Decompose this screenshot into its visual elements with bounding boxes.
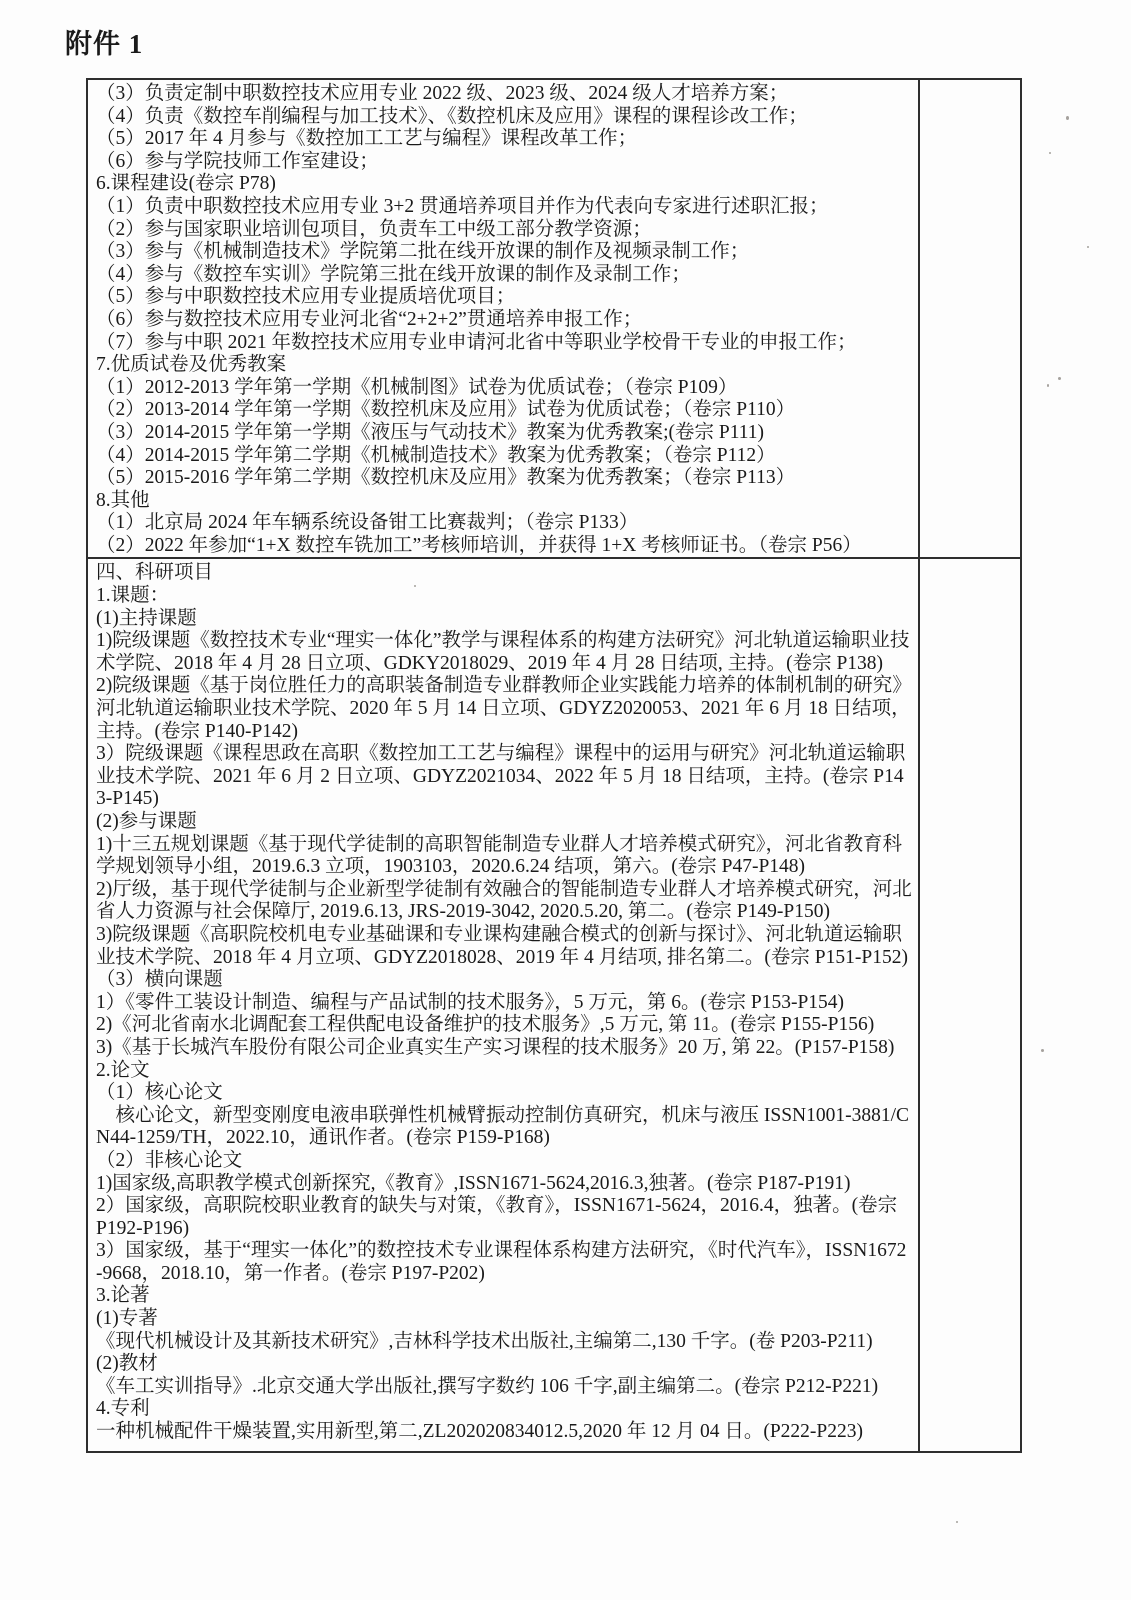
paragraph: (1)专著 <box>96 1308 912 1331</box>
paragraph: （3）横向课题 <box>96 969 912 992</box>
table-row-teaching: （3）负责定制中职数控技术应用专业 2022 级、2023 级、2024 级人才… <box>87 79 1021 558</box>
paragraph: 一种机械配件干燥装置,实用新型,第二,ZL202020834012.5,2020… <box>96 1421 912 1444</box>
paragraph: （1）北京局 2024 年车辆系统设备钳工比赛裁判；（卷宗 P133） <box>96 512 912 535</box>
paragraph: 1)十三五规划课题《基于现代学徒制的高职智能制造专业群人才培养模式研究》，河北省… <box>96 834 912 879</box>
paragraph: 1）《零件工装设计制造、编程与产品试制的技术服务》，5 万元，第 6。(卷宗 P… <box>96 992 912 1015</box>
paragraph: 7.优质试卷及优秀教案 <box>96 354 912 377</box>
paragraph: 3)《基于长城汽车股份有限公司企业真实生产实习课程的技术服务》20 万, 第 2… <box>96 1037 912 1060</box>
paragraph: 6.课程建设(卷宗 P78) <box>96 173 912 196</box>
paragraph: 1.课题： <box>96 585 912 608</box>
scan-speck <box>1041 1049 1044 1052</box>
paragraph: （1）核心论文 <box>96 1082 912 1105</box>
paragraph: （2）2013-2014 学年第一学期《数控机床及应用》试卷为优质试卷；（卷宗 … <box>96 399 912 422</box>
paragraph: （5）参与中职数控技术应用专业提质培优项目； <box>96 286 912 309</box>
paragraph: （3）参与《机械制造技术》学院第二批在线开放课的制作及视频录制工作； <box>96 241 912 264</box>
scanned-document-page: { "page": { "attachment_label": "附件 1" }… <box>0 0 1131 1600</box>
paragraph: （1）2012-2013 学年第一学期《机械制图》试卷为优质试卷；（卷宗 P10… <box>96 377 912 400</box>
paragraph: 四、科研项目 <box>96 562 912 585</box>
paragraph: (2)参与课题 <box>96 811 912 834</box>
paragraph: （6）参与数控技术应用专业河北省“2+2+2”贯通培养申报工作； <box>96 309 912 332</box>
paragraph: (1)主持课题 <box>96 608 912 631</box>
paragraph: 核心论文，新型变刚度电液串联弹性机械臂振动控制仿真研究，机床与液压 ISSN10… <box>96 1105 912 1150</box>
paragraph: 2.论文 <box>96 1060 912 1083</box>
scan-speck <box>1049 152 1051 154</box>
paragraph: (2)教材 <box>96 1353 912 1376</box>
scan-speck <box>1066 116 1069 120</box>
research-remark-cell <box>919 558 1021 1452</box>
paragraph: 1)院级课题《数控技术专业“理实一体化”教学与课程体系的构建方法研究》河北轨道运… <box>96 630 912 675</box>
scan-speck <box>1087 246 1089 248</box>
paragraph: （2）非核心论文 <box>96 1150 912 1173</box>
paragraph: （3）2014-2015 学年第一学期《液压与气动技术》教案为优秀教案;(卷宗 … <box>96 422 912 445</box>
paragraph: 1)国家级,高职教学模式创新探究,《教育》,ISSN1671-5624,2016… <box>96 1173 912 1196</box>
scan-speck <box>956 1521 958 1523</box>
paragraph: 3)院级课题《高职院校机电专业基础课和专业课构建融合模式的创新与探讨》、河北轨道… <box>96 924 912 969</box>
paragraph: （3）负责定制中职数控技术应用专业 2022 级、2023 级、2024 级人才… <box>96 83 912 106</box>
paragraph: 2)《河北省南水北调配套工程供配电设备维护的技术服务》,5 万元, 第 11。(… <box>96 1014 912 1037</box>
paragraph: （1）负责中职数控技术应用专业 3+2 贯通培养项目并作为代表向专家进行述职汇报… <box>96 196 912 219</box>
paragraph: 2）国家级，高职院校职业教育的缺失与对策，《教育》，ISSN1671-5624，… <box>96 1195 912 1240</box>
paragraph: 《现代机械设计及其新技术研究》,吉林科学技术出版社,主编第二,130 千字。(卷… <box>96 1331 912 1354</box>
scan-speck <box>414 585 416 587</box>
teaching-content-cell: （3）负责定制中职数控技术应用专业 2022 级、2023 级、2024 级人才… <box>87 79 919 558</box>
paragraph: 《车工实训指导》.北京交通大学出版社,撰写字数约 106 千字,副主编第二。(卷… <box>96 1376 912 1399</box>
paragraph: 2)院级课题《基于岗位胜任力的高职装备制造专业群教师企业实践能力培养的体制机制的… <box>96 675 912 743</box>
paragraph: 3）院级课题《课程思政在高职《数控加工工艺与编程》课程中的运用与研究》河北轨道运… <box>96 743 912 811</box>
paragraph: （2）参与国家职业培训包项目，负责车工中级工部分教学资源； <box>96 219 912 242</box>
table-row-research: 四、科研项目1.课题：(1)主持课题1)院级课题《数控技术专业“理实一体化”教学… <box>87 558 1021 1452</box>
paragraph: 8.其他 <box>96 490 912 513</box>
paragraph: （6）参与学院技师工作室建设； <box>96 151 912 174</box>
paragraph: （5）2015-2016 学年第二学期《数控机床及应用》教案为优秀教案；（卷宗 … <box>96 467 912 490</box>
scan-speck <box>1047 384 1049 387</box>
document-table: （3）负责定制中职数控技术应用专业 2022 级、2023 级、2024 级人才… <box>86 78 1022 1453</box>
paragraph: （2）2022 年参加“1+X 数控车铣加工”考核师培训，并获得 1+X 考核师… <box>96 535 912 558</box>
teaching-remark-cell <box>919 79 1021 558</box>
paragraph: 2)厅级，基于现代学徒制与企业新型学徒制有效融合的智能制造专业群人才培养模式研究… <box>96 879 912 924</box>
paragraph: 4.专利 <box>96 1398 912 1421</box>
paragraph: （4）参与《数控车实训》学院第三批在线开放课的制作及录制工作； <box>96 264 912 287</box>
paragraph: （4）2014-2015 学年第二学期《机械制造技术》教案为优秀教案；（卷宗 P… <box>96 445 912 468</box>
attachment-label: 附件 1 <box>65 22 143 61</box>
paragraph: （7）参与中职 2021 年数控技术应用专业申请河北省中等职业学校骨干专业的申报… <box>96 332 912 355</box>
paragraph: （4）负责《数控车削编程与加工技术》、《数控机床及应用》课程的课程诊改工作； <box>96 106 912 129</box>
research-content-cell: 四、科研项目1.课题：(1)主持课题1)院级课题《数控技术专业“理实一体化”教学… <box>87 558 919 1452</box>
paragraph: （5）2017 年 4 月参与《数控加工工艺与编程》课程改革工作； <box>96 128 912 151</box>
scan-speck <box>1058 377 1061 380</box>
paragraph: 3）国家级，基于“理实一体化”的数控技术专业课程体系构建方法研究，《时代汽车》，… <box>96 1240 912 1285</box>
paragraph: 3.论著 <box>96 1285 912 1308</box>
